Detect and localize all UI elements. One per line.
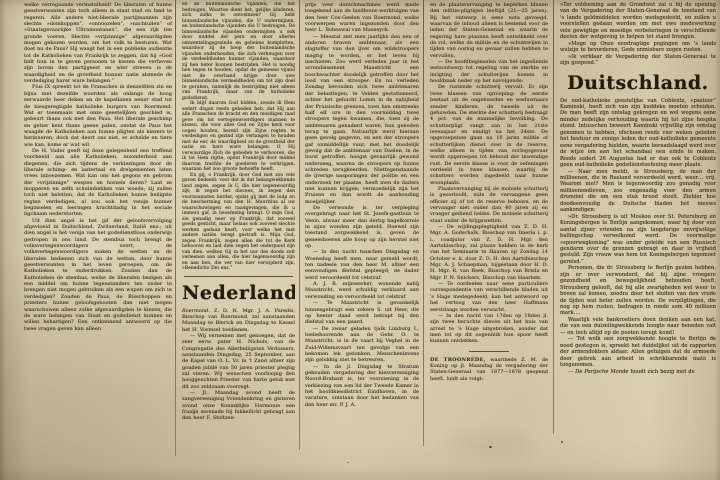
news-paragraph: Personen, die dr. Strousberg te Berlijn … (560, 265, 716, 317)
paragraph-lead-italic: — De Parijsche Monde (568, 369, 629, 375)
news-paragraph: A. J. R. mijnwerker, wonende nabij Maast… (305, 281, 419, 300)
news-paragraph: DE TROONREDE, waarmede Z. M. de Koning o… (430, 357, 548, 382)
news-paragraph: — Tot welk een zorgwekkende hoogte te Be… (560, 336, 716, 368)
news-paragraph: — Jl. Maandag avond heeft de zangvereeni… (182, 390, 295, 422)
newspaper-column-4: en de plaatsvervanging te beperken binne… (430, 2, 548, 446)
news-paragraph: Uit dien angel is het gif der geloofsver… (24, 218, 172, 332)
newspaper-column-2: en de buitenlandsche vijanden, die het b… (182, 2, 295, 448)
news-paragraph: »Ter voldoening aan de Grondwet zal u bi… (560, 2, 716, 41)
paragraph-lead: DE TROONREDE, (430, 357, 486, 363)
news-paragraph: — De hoofdbeginselen van het ingediende … (430, 59, 548, 84)
news-paragraph: De verwonde is ter verpleging overgebrag… (305, 205, 419, 249)
column-rule (175, 0, 176, 456)
separator-rule (184, 276, 293, 277)
news-paragraph: — De Parijsche Monde houdt zich bezig me… (560, 369, 716, 375)
news-paragraph: en de plaatsvervanging te beperken binne… (430, 2, 548, 59)
newspaper-column-1: welke verregaande vermetelheid! De liber… (24, 2, 172, 454)
news-paragraph: — De wijdingsplegtigheid van Z. D. H. Mg… (430, 224, 548, 281)
news-paragraph: »Ik verklaar de Vergadering der Staten-G… (560, 54, 716, 67)
news-paragraph: en de buitenlandsche vijanden, die het b… (182, 2, 295, 101)
news-paragraph: — In de jl. Dingsdag te Stratum gehouden… (305, 364, 419, 408)
newspaper-page: welke verregaande vermetelheid! De liber… (0, 0, 720, 480)
column-rule (299, 0, 300, 450)
ink-speck (347, 462, 349, 463)
news-paragraph: Roermond. Z. D. H. Mgr. J. A. Paredis, B… (182, 308, 295, 333)
news-paragraph: De oud-katholieke geestelijke van Coblen… (560, 98, 716, 169)
news-paragraph: prijs voor dorschmachines werd mede toeg… (305, 2, 419, 34)
news-paragraph: — In den nacht van 17den op 18den jl. zi… (430, 313, 548, 345)
news-paragraph: — De zwaar geladen tjalk Limburg I., toe… (305, 326, 419, 364)
column-rule (423, 0, 424, 446)
newspaper-column-5: »Ter voldoening aan de Grondwet zal u bi… (560, 2, 716, 452)
news-paragraph: — In den nacht tusschen Dingsdag en Woen… (305, 249, 419, 281)
news-paragraph: De rustende schutterij vervalt. Er zijn … (430, 84, 548, 186)
news-paragraph: — Meestal ziet men jaarlijks den een of … (305, 34, 419, 205)
news-paragraph: Pius IX spreekt tot de Franschen in denz… (24, 84, 172, 147)
paragraph-lead-italic: Roermond. (182, 308, 210, 314)
news-paragraph: Waarlijk vele bankroetiers doen denken a… (560, 317, 716, 336)
news-paragraph: De H. Vader geeft bij deze gelegenheid e… (24, 148, 172, 218)
section-heading-duitschland: Duitschland. (560, 72, 716, 94)
section-heading-nederland: Nederland. (182, 282, 295, 304)
news-paragraph: En gij, o Frankrijk, door God met zoo ve… (182, 173, 295, 272)
news-paragraph: — Te Maastricht is gevankelijk binnengeb… (305, 300, 419, 325)
news-paragraph: — Naar men meldt, is Strousberg, de man … (560, 169, 716, 214)
news-paragraph: »Dr. Strousberg is uit Moskou over St. P… (560, 214, 716, 266)
news-paragraph: Plaatsvervanging bij de mobiele schutter… (430, 186, 548, 224)
news-paragraph: — Te oordeelen naar eene particuliere co… (430, 281, 548, 313)
newspaper-column-3: prijs voor dorschmachines werd mede toeg… (305, 2, 419, 444)
ink-speck (489, 446, 492, 448)
news-paragraph: — Wij vernemen met genoegen, dat de zeer… (182, 333, 295, 390)
separator-rule (469, 351, 509, 352)
news-paragraph: Ik blijf daarom God bidden, zooals ik He… (182, 101, 295, 173)
column-rule (553, 0, 554, 434)
news-paragraph: welke verregaande vermetelheid! De liber… (24, 2, 172, 84)
news-paragraph: »Moge op Onze eendragtige pogingen om 's… (560, 41, 716, 54)
